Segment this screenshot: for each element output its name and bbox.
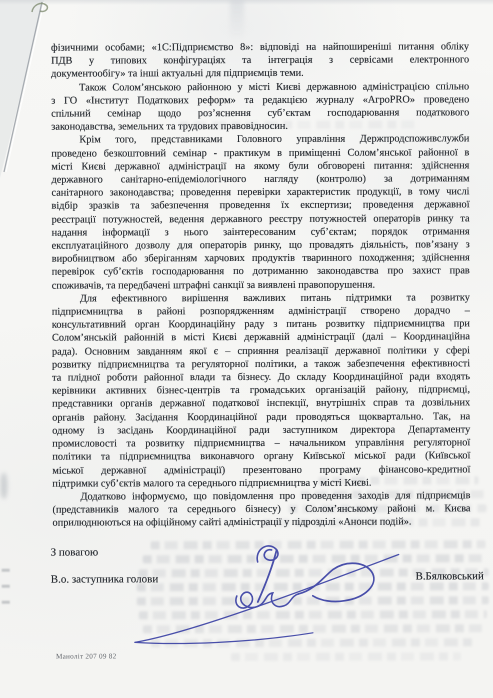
text-line: та плідної роботи районної влади та бізн…: [52, 370, 470, 385]
signer-title: В.о. заступника голови: [51, 573, 159, 585]
text-line: реєстрації потужностей, ведення державно…: [52, 212, 470, 227]
text-line: виробництвом або зберіганням харчових пр…: [52, 252, 470, 267]
text-line: представники органів державної податково…: [52, 397, 470, 412]
text-line: спільний семінар щодо роз’яснення суб’єк…: [51, 106, 469, 121]
document-body: фізичними особами; «1С:Підприємство 8»: …: [51, 40, 471, 530]
bleed-through-text: [151, 540, 486, 549]
text-line: ПДВ у типових конфігураціях та інтеграці…: [51, 54, 469, 69]
bleed-through-text: [143, 624, 483, 633]
signer-name: В.Бялковський: [416, 570, 484, 582]
text-line: політики та підприємництва виконавчого о…: [52, 450, 470, 465]
text-line: документообігу» та інші актуальні для пі…: [51, 67, 469, 82]
text-line: санітарного законодавства; проведення пе…: [51, 186, 469, 201]
edge-mark: [2, 569, 10, 572]
text-line: з ГО «Інститут Податкових реформ» та ред…: [51, 93, 469, 108]
bleed-through-text: [231, 652, 461, 661]
text-line: Додатково інформуємо, що повідомлення пр…: [52, 489, 470, 504]
bleed-through-text: [139, 610, 487, 619]
text-line: підприємництва в районі розпорядженням а…: [52, 304, 470, 319]
text-line: оприлюднюються на офіційному сайті адмін…: [53, 516, 471, 531]
text-line: (представників малого та середнього бізн…: [52, 502, 470, 517]
text-line: споживачів, та передбачені штрафні санкц…: [52, 278, 470, 293]
text-line: міської державної адміністрації) презент…: [52, 463, 470, 478]
text-line: Для ефективного вирішення важливих питан…: [52, 291, 470, 306]
text-line: фізичними особами; «1С:Підприємство 8»: …: [51, 40, 469, 55]
scanned-letter-page: фізичними особами; «1С:Підприємство 8»: …: [0, 0, 493, 698]
text-line: органів району. Засідання Координаційної…: [52, 410, 470, 425]
text-line: розвитку підприємництва та регуляторної …: [52, 357, 470, 372]
text-line: перевірок суб’єктів господарювання по до…: [52, 265, 470, 280]
text-line: консультативний орган Координаційну раду…: [52, 318, 470, 333]
text-line: експлуатаційного дозволу для операторів …: [52, 238, 470, 253]
text-line: надання інформації з нього заінтересован…: [52, 225, 470, 240]
text-line: одному із засідань Координаційної ради з…: [52, 423, 470, 438]
text-line: проведено безкоштовний семінар - практик…: [51, 146, 469, 161]
bleed-through-text: [151, 638, 476, 647]
bleed-through-text: [137, 596, 489, 605]
bleed-through-text: [143, 554, 488, 563]
text-line: відбір зразків та забезпечення проведенн…: [52, 199, 470, 214]
bleed-through-text: [137, 582, 489, 591]
closing-salutation: З повагою: [51, 546, 99, 558]
text-line: Крім того, представниками Головного упра…: [51, 133, 469, 148]
page-content: фізичними особами; «1С:Підприємство 8»: …: [0, 0, 493, 698]
print-footer-note: Маноліт 207 09 82: [56, 652, 116, 660]
edge-smudge: [0, 473, 7, 499]
text-line: керівники активних бізнес-центрів та гро…: [52, 384, 470, 399]
signature-scribble: [119, 537, 411, 648]
text-line: рада). Основним завданням якої є – сприя…: [52, 344, 470, 359]
text-line: Солом’янській районній в місті Києві дер…: [52, 331, 470, 346]
edge-mark: [2, 601, 10, 604]
text-line: місті Києві державної адміністрації на я…: [51, 159, 469, 174]
text-line: законодавства, земельних та трудових пра…: [51, 120, 469, 135]
text-line: державного санітарно-епідеміологічного н…: [51, 172, 469, 187]
text-line: промисловості та розвитку підприємництва…: [52, 436, 470, 451]
text-line: підтримки суб’єктів малого та середнього…: [52, 476, 470, 491]
text-line: Також Солом’янською районною у місті Киє…: [51, 80, 469, 95]
edge-mark: [2, 585, 10, 588]
